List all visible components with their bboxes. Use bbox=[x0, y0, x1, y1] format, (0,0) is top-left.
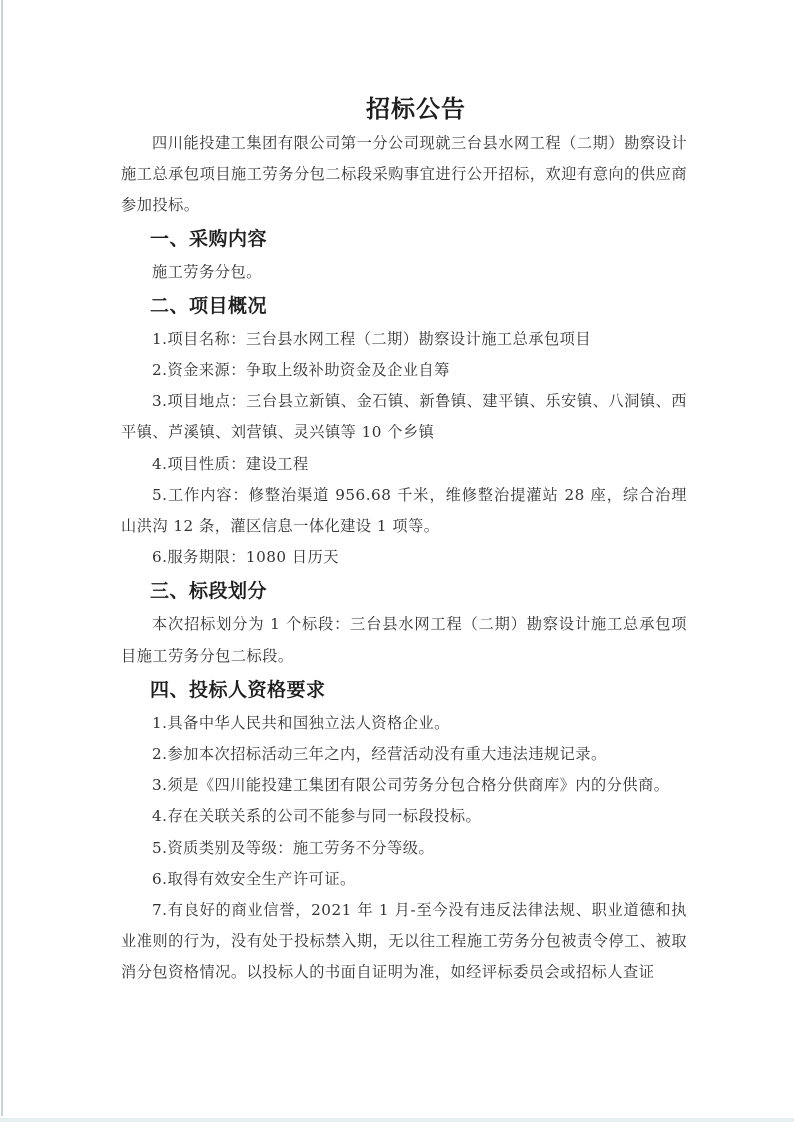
qualification-item: 6.取得有效安全生产许可证。 bbox=[121, 864, 687, 895]
funding-source: 2.资金来源：争取上级补助资金及企业自筹 bbox=[121, 355, 687, 386]
intro-paragraph: 四川能投建工集团有限公司第一分公司现就三台县水网工程（二期）勘察设计施工总承包项… bbox=[121, 128, 687, 222]
section-heading-bidder-qualifications: 四、投标人资格要求 bbox=[121, 672, 687, 708]
document-title: 招标公告 bbox=[145, 92, 687, 126]
qualification-item: 2.参加本次招标活动三年之内，经营活动没有重大违法违规记录。 bbox=[121, 739, 687, 770]
qualification-item: 7.有良好的商业信誉，2021 年 1 月-至今没有违反法律法规、职业道德和执业… bbox=[121, 895, 687, 989]
section-heading-lot-division: 三、标段划分 bbox=[121, 573, 687, 609]
section-heading-project-overview: 二、项目概况 bbox=[121, 288, 687, 324]
scan-edge-left bbox=[1, 0, 3, 1116]
qualification-item: 1.具备中华人民共和国独立法人资格企业。 bbox=[121, 708, 687, 739]
project-name: 1.项目名称：三台县水网工程（二期）勘察设计施工总承包项目 bbox=[121, 324, 687, 355]
scan-edge-bottom bbox=[0, 1118, 794, 1122]
document-page: 招标公告 四川能投建工集团有限公司第一分公司现就三台县水网工程（二期）勘察设计施… bbox=[121, 92, 687, 989]
project-nature: 4.项目性质：建设工程 bbox=[121, 449, 687, 480]
qualification-item: 5.资质类别及等级：施工劳务不分等级。 bbox=[121, 833, 687, 864]
work-content: 5.工作内容：修整治渠道 956.68 千米，维修整治提灌站 28 座，综合治理… bbox=[121, 480, 687, 542]
qualification-item: 4.存在关联关系的公司不能参与同一标段投标。 bbox=[121, 801, 687, 832]
project-location: 3.项目地点：三台县立新镇、金石镇、新鲁镇、建平镇、乐安镇、八洞镇、西平镇、芦溪… bbox=[121, 386, 687, 448]
service-period: 6.服务期限：1080 日历天 bbox=[121, 542, 687, 573]
procurement-content-text: 施工劳务分包。 bbox=[121, 257, 687, 288]
lot-division-text: 本次招标划分为 1 个标段：三台县水网工程（二期）勘察设计施工总承包项目施工劳务… bbox=[121, 609, 687, 671]
qualification-item: 3.须是《四川能投建工集团有限公司劳务分包合格分供商库》内的分供商。 bbox=[121, 770, 687, 801]
section-heading-procurement-content: 一、采购内容 bbox=[121, 221, 687, 257]
